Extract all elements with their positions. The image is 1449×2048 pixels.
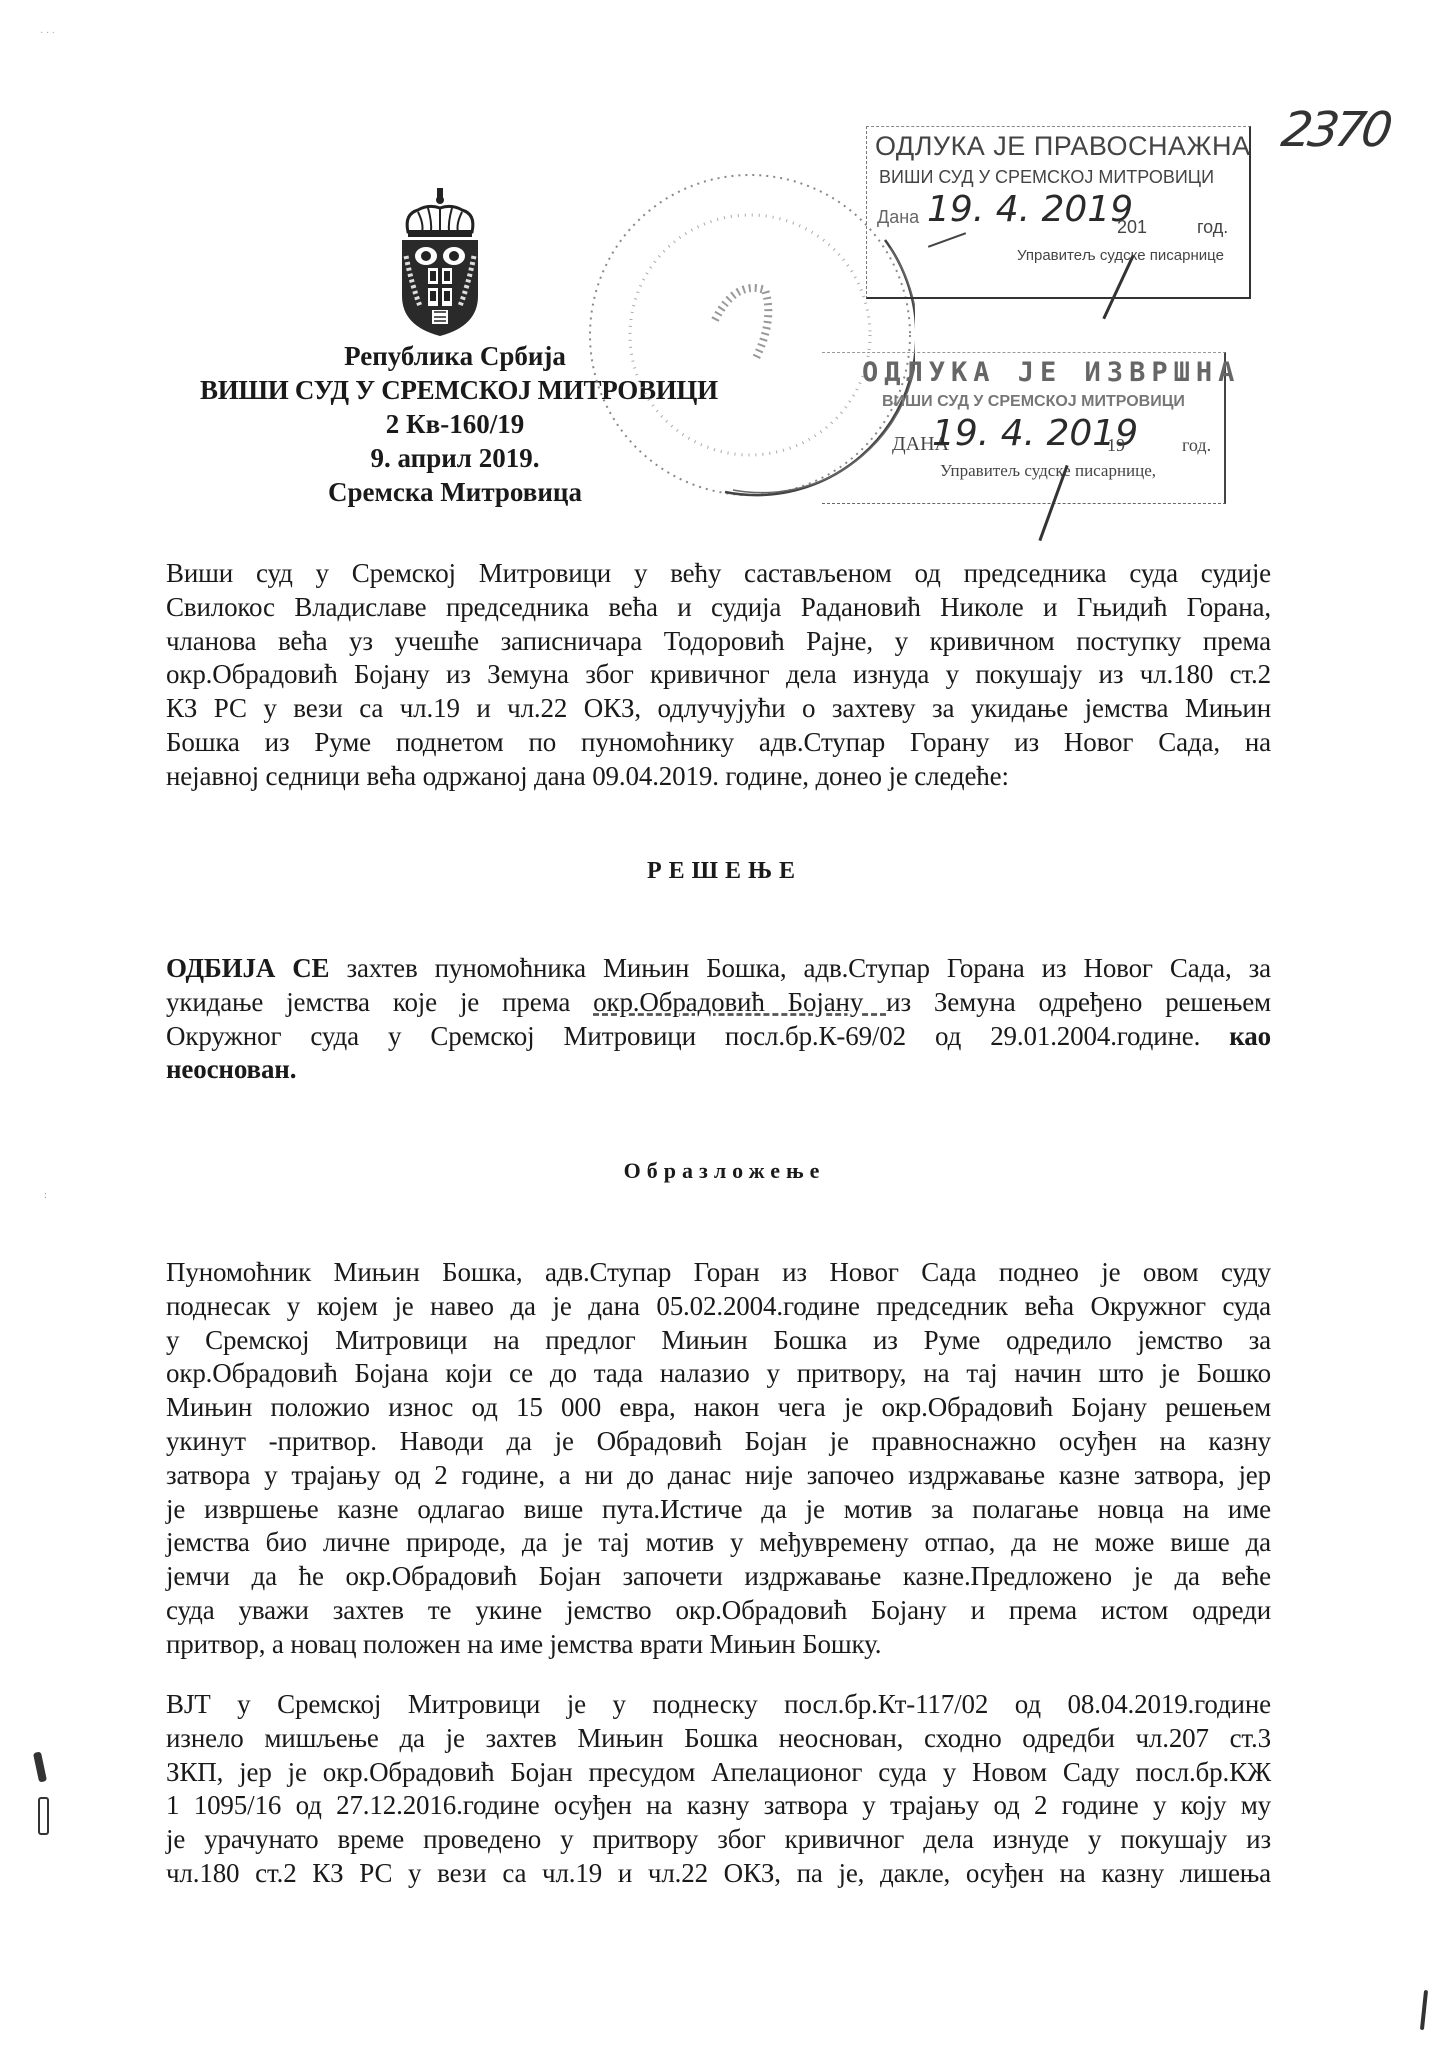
coat-of-arms-icon xyxy=(398,186,482,338)
text-line: чл.180 ст.2 КЗ РС у вези са чл.19 и чл.2… xyxy=(166,1857,1271,1891)
decision-paragraph: ОДБИЈА СЕ захтев пуномоћника Мињин Бошка… xyxy=(166,952,1271,1087)
text-line: чланова већа уз учешће записничара Тодор… xyxy=(166,625,1271,659)
signature-stroke xyxy=(1102,255,1134,320)
text-line: суда уважи захтев те укине јемство окр.О… xyxy=(166,1594,1271,1628)
decision-text: укидање јемства које је према xyxy=(166,987,593,1017)
reasoning-paragraph-1: Пуномоћник Мињин Бошка, адв.Ступар Горан… xyxy=(166,1256,1271,1662)
text-line: ОДБИЈА СЕ захтев пуномоћника Мињин Бошка… xyxy=(166,952,1271,986)
punch-hole-mark xyxy=(38,1797,49,1835)
handwritten-page-number: 2370 xyxy=(1278,102,1392,158)
stamp-enforceable-decision: ОДЛУКА ЈЕ ИЗВРШНА ВИШИ СУД У СРЕМСКОЈ МИ… xyxy=(822,352,1226,504)
text-line: Мињин положио износ од 15 000 евра, нако… xyxy=(166,1391,1271,1425)
text-line: поднесак у којем је навео да је дана 05.… xyxy=(166,1290,1271,1324)
text-line: неоснован. xyxy=(166,1053,1271,1087)
reasoning-paragraph-2: ВЈТ у Сремској Митровици је у поднеску п… xyxy=(166,1688,1271,1891)
stamp-signature-label: Управитељ судске писарнице xyxy=(1017,247,1224,264)
text-line: изнело мишљење да је захтев Мињин Бошка … xyxy=(166,1722,1271,1756)
text-line: јемчи да ће окр.Обрадовић Бојан започети… xyxy=(166,1560,1271,1594)
text-line: Свилокос Владиславе председника већа и с… xyxy=(166,591,1271,625)
stamp-final-decision: ОДЛУКА ЈЕ ПРАВОСНАЖНА ВИШИ СУД У СРЕМСКО… xyxy=(866,126,1251,299)
scan-dots: · · · xyxy=(40,28,55,39)
text-line: Пуномоћник Мињин Бошка, адв.Ступар Горан… xyxy=(166,1256,1271,1290)
text-line: окр.Обрадовић Бојана који се до тада нал… xyxy=(166,1357,1271,1391)
text-line: у Сремској Митровици на предлог Мињин Бо… xyxy=(166,1324,1271,1358)
decision-verdict: ОДБИЈА СЕ xyxy=(166,953,329,983)
reasoning-heading: Образложење xyxy=(0,1158,1449,1184)
decision-heading: РЕШЕЊЕ xyxy=(0,858,1449,885)
stamp-year-suffix: год. xyxy=(1182,435,1211,456)
decision-text: захтев пуномоћника Мињин Бошка, адв.Ступ… xyxy=(329,953,1271,983)
stamp-day-label: Дана xyxy=(877,207,919,228)
stamp-title: ОДЛУКА ЈЕ ИЗВРШНА xyxy=(862,357,1240,388)
text-line: ЗКП, јер је окр.Обрадовић Бојан пресудом… xyxy=(166,1756,1271,1790)
stamp-court: ВИШИ СУД У СРЕМСКОЈ МИТРОВИЦИ xyxy=(882,393,1185,411)
stamp-printed-year: 201 xyxy=(1117,217,1147,238)
decision-text: из Земуна одређено решењем xyxy=(886,987,1271,1017)
text-line: укинут -притвор. Наводи да је Обрадовић … xyxy=(166,1425,1271,1459)
text-line: Виши суд у Сремској Митровици у већу сас… xyxy=(166,557,1271,591)
stamp-handwritten-date: 19. 4. 2019 xyxy=(927,189,1133,230)
underlined-defendant: окр.Обрадовић Бојану xyxy=(593,987,886,1017)
text-line: нејавној седници већа одржаној дана 09.0… xyxy=(166,760,1271,794)
punch-hole-mark xyxy=(33,1751,47,1782)
stamp-title: ОДЛУКА ЈЕ ПРАВОСНАЖНА xyxy=(875,131,1251,162)
text-line: окр.Обрадовић Бојану из Земуна због крив… xyxy=(166,658,1271,692)
text-line: ВЈТ у Сремској Митровици је у поднеску п… xyxy=(166,1688,1271,1722)
decision-text: Окружног суда у Сремској Митровици посл.… xyxy=(166,1021,1200,1051)
stamp-court: ВИШИ СУД У СРЕМСКОЈ МИТРОВИЦИ xyxy=(879,167,1214,188)
text-line: јемства био личне природе, да је тај мот… xyxy=(166,1526,1271,1560)
signature-stroke xyxy=(928,232,966,248)
text-line: притвор, а новац положен на име јемства … xyxy=(166,1628,1271,1662)
text-line: затвора у трајању од 2 године, а ни до д… xyxy=(166,1459,1271,1493)
scan-dot: : xyxy=(44,1190,47,1201)
text-line: је извршење казне одлагао више пута.Исти… xyxy=(166,1493,1271,1527)
intro-paragraph: Виши суд у Сремској Митровици у већу сас… xyxy=(166,557,1271,794)
text-line: укидање јемства које је према окр.Обрадо… xyxy=(166,986,1271,1020)
stamp-signature-label: Управитељ судске писарнице, xyxy=(940,461,1156,481)
text-line: 1 1095/16 од 27.12.2016.године осуђен на… xyxy=(166,1789,1271,1823)
text-line: Окружног суда у Сремској Митровици посл.… xyxy=(166,1020,1271,1054)
stamp-printed-year: 19 xyxy=(1107,435,1125,456)
text-line: КЗ РС у вези са чл.19 и чл.22 ОКЗ, одлуч… xyxy=(166,692,1271,726)
decision-text-bold: као xyxy=(1200,1021,1271,1051)
text-line: Бошка из Руме поднетом по пуномоћнику ад… xyxy=(166,726,1271,760)
edge-mark xyxy=(1420,1990,1428,2030)
stamp-year-suffix: год. xyxy=(1197,217,1228,238)
text-line: је урачунато време проведено у притвору … xyxy=(166,1823,1271,1857)
